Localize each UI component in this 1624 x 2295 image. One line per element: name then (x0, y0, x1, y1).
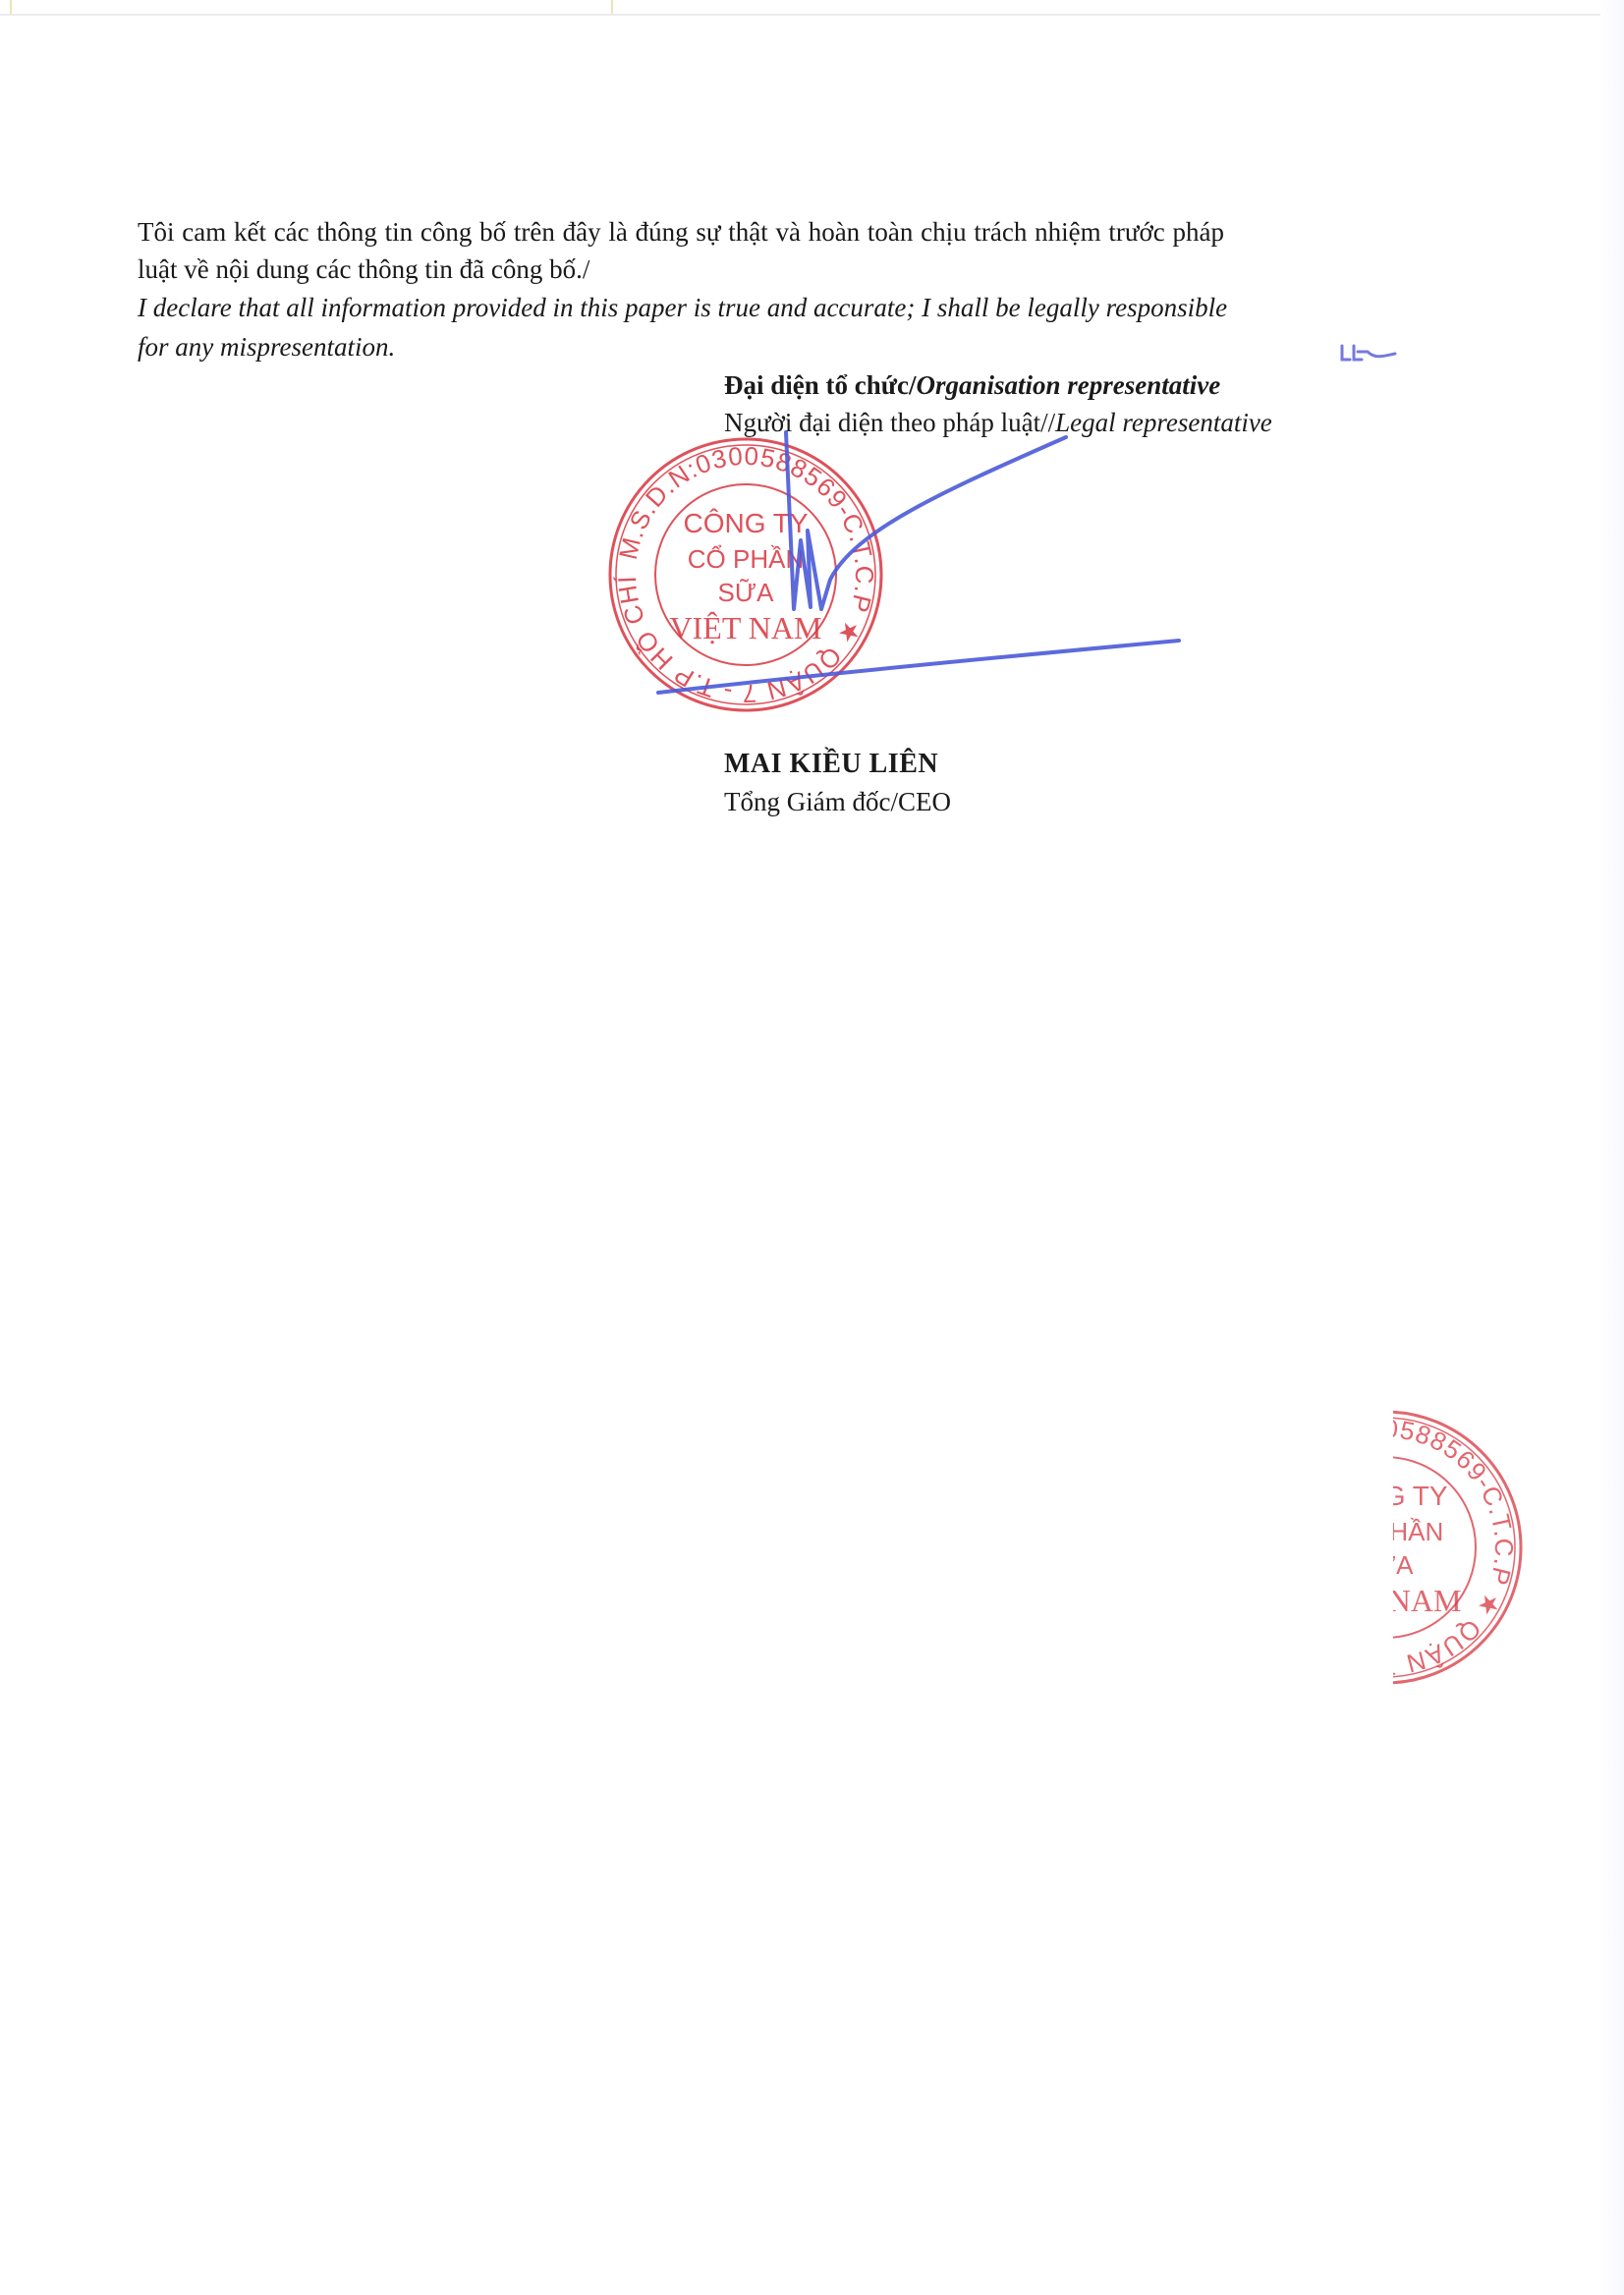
scan-mark (10, 0, 12, 14)
org-label-vi: Đại diện tổ chức/ (724, 370, 916, 400)
seal-line-4: VIỆT NAM (670, 610, 822, 645)
legal-label-en: Legal representative (1055, 408, 1272, 437)
signer-title: Tổng Giám đốc/CEO (724, 786, 951, 817)
declaration-en-line-1: I declare that all information provided … (138, 292, 1227, 323)
partial-seal-line-3: SỮA (1393, 1550, 1414, 1580)
declaration-vi-line-2: luật về nội dung các thông tin đã công b… (138, 253, 589, 285)
partial-company-seal: M.S.D.N:0300588569-C.T.C.P ★ QUẬN 7 - T.… (1393, 1405, 1528, 1690)
seal-line-3: SỮA (718, 578, 775, 607)
seal-line-1: CÔNG TY (683, 508, 808, 538)
page-edge-shadow (1600, 0, 1624, 2295)
scan-mark (611, 0, 613, 14)
partial-seal-line-2: CỔ PHẦN (1393, 1517, 1443, 1546)
company-seal: M.S.D.N:0300588569-C.T.C.P ★ QUẬN 7 - T.… (603, 432, 888, 717)
signer-name: MAI KIỀU LIÊN (724, 749, 938, 780)
organisation-representative-label: Đại diện tổ chức/Organisation representa… (724, 369, 1220, 401)
partial-seal-line-4: VIỆT NAM (1393, 1583, 1461, 1618)
declaration-en-line-2: for any mispresentation. (138, 331, 395, 363)
seal-line-2: CỔ PHẦN (688, 544, 804, 574)
partial-seal-line-1: CÔNG TY (1393, 1481, 1448, 1511)
partial-seal-clip: M.S.D.N:0300588569-C.T.C.P ★ QUẬN 7 - T.… (1393, 1395, 1540, 1700)
org-label-en: Organisation representative (916, 370, 1220, 400)
declaration-vi-line-1: Tôi cam kết các thông tin công bố trên đ… (138, 216, 1224, 248)
scan-edge-line (0, 14, 1624, 16)
